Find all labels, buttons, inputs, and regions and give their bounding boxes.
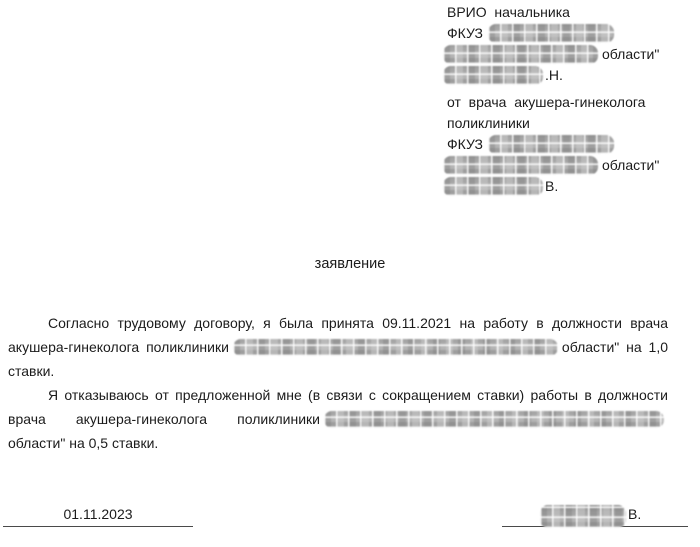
sender-line: поликлиники — [447, 113, 692, 134]
paragraph-2-tail: области" на 0,5 ставки. — [8, 435, 158, 451]
redacted-text-block — [324, 411, 664, 428]
redacted-text-block — [443, 45, 598, 64]
redacted-text-block — [488, 135, 614, 154]
document-body: Согласно трудовому договору, я была прин… — [8, 311, 668, 455]
recipient-line: области" — [447, 44, 692, 65]
sender-line: от врача акушера-гинеколога — [447, 92, 692, 113]
paragraph-2: Я отказываюсь от предложенной мне (в свя… — [8, 383, 668, 455]
sender-line: области" — [447, 155, 692, 176]
recipient-initial: .Н. — [545, 67, 563, 83]
region-word: области" — [602, 46, 659, 62]
sender-department: поликлиники — [447, 115, 530, 131]
recipient-title: ВРИО начальника — [447, 4, 570, 20]
org-abbreviation: ФКУЗ — [447, 136, 483, 152]
recipient-line: .Н. — [447, 65, 692, 86]
recipient-line: ФКУЗ — [447, 23, 692, 44]
recipient-block: ВРИО начальника ФКУЗ области" .Н. — [447, 2, 692, 86]
redacted-text-block — [443, 66, 543, 85]
paragraph-1: Согласно трудовому договору, я была прин… — [8, 311, 668, 383]
sender-position: от врача акушера-гинеколога — [447, 94, 645, 110]
redacted-text-block — [443, 156, 598, 175]
sender-block: от врача акушера-гинеколога поликлиники … — [447, 92, 692, 197]
signature-initial: В. — [628, 506, 641, 522]
redacted-text-block — [443, 177, 543, 196]
recipient-line: ВРИО начальника — [447, 2, 692, 23]
date-value: 01.11.2023 — [63, 506, 132, 522]
document-title: заявление — [0, 256, 700, 272]
region-word: области" — [602, 157, 659, 173]
redacted-text-block — [233, 339, 558, 356]
date-field: 01.11.2023 — [3, 500, 193, 527]
redacted-text-block — [488, 24, 614, 43]
sender-line: В. — [447, 176, 692, 197]
org-abbreviation: ФКУЗ — [447, 25, 483, 41]
sender-line: ФКУЗ — [447, 134, 692, 155]
sender-initial: В. — [545, 178, 558, 194]
application-document-page: ВРИО начальника ФКУЗ области" .Н. от вра… — [0, 0, 700, 547]
redacted-signature-block — [540, 505, 626, 528]
signature-field: В. — [502, 500, 688, 527]
